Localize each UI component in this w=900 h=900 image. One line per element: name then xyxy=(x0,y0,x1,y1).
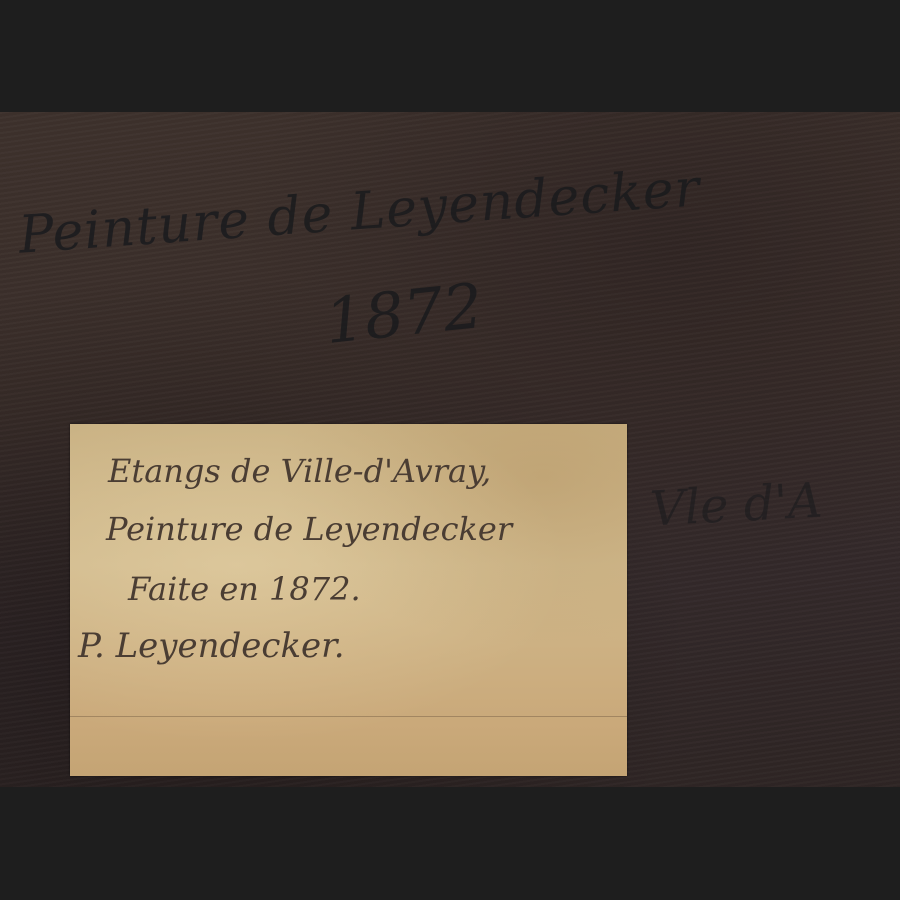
label-line-date: Faite en 1872. xyxy=(128,570,361,608)
label-line-painter: Peinture de Leyendecker xyxy=(106,510,512,548)
label-line-signature: P. Leyendecker. xyxy=(78,626,345,666)
panel-inscription-fragment: Vle d'A xyxy=(649,473,824,538)
label-fold-line xyxy=(70,716,627,717)
label-line-title: Etangs de Ville-d'Avray, xyxy=(108,452,491,490)
letterbox-top xyxy=(0,0,900,112)
letterbox-bottom xyxy=(0,787,900,900)
paper-label: Etangs de Ville-d'Avray, Peinture de Ley… xyxy=(70,424,627,776)
